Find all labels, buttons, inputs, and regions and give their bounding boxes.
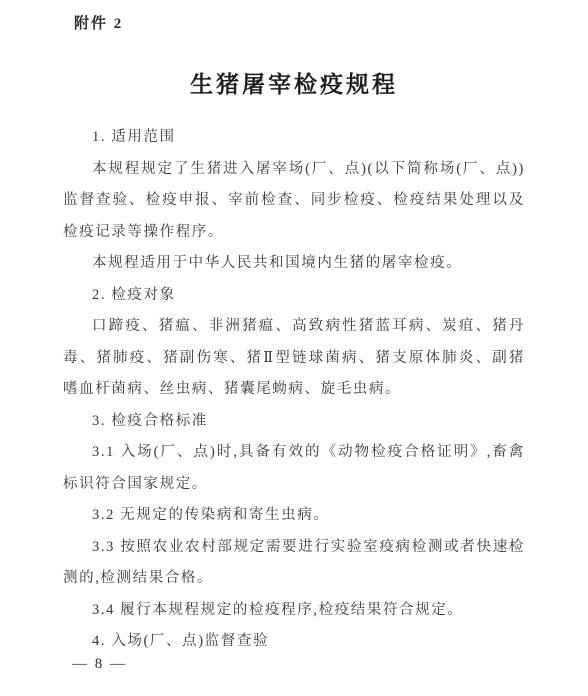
attachment-label: 附件 2: [74, 12, 123, 33]
paragraph-section-1-heading: 1. 适用范围: [63, 122, 525, 154]
paragraph-standard-3-2: 3.2 无规定的传染病和寄生虫病。: [63, 500, 525, 532]
paragraph-scope-procedures: 本规程规定了生猪进入屠宰场(厂、点)(以下简称场(厂、点))监督查验、检疫申报、…: [63, 154, 525, 249]
document-title: 生猪屠宰检疫规程: [0, 66, 588, 99]
document-page: 附件 2 生猪屠宰检疫规程 1. 适用范围 本规程规定了生猪进入屠宰场(厂、点)…: [0, 0, 588, 696]
paragraph-standard-3-1: 3.1 入场(厂、点)时,具备有效的《动物检疫合格证明》,畜禽标识符合国家规定。: [63, 437, 525, 500]
paragraph-quarantine-targets: 口蹄疫、猪瘟、非洲猪瘟、高致病性猪蓝耳病、炭疽、猪丹毒、猪肺疫、猪副伤寒、猪Ⅱ型…: [63, 311, 525, 406]
paragraph-section-2-heading: 2. 检疫对象: [63, 280, 525, 312]
document-body: 1. 适用范围 本规程规定了生猪进入屠宰场(厂、点)(以下简称场(厂、点))监督…: [63, 122, 525, 658]
paragraph-scope-applicability: 本规程适用于中华人民共和国境内生猪的屠宰检疫。: [63, 248, 525, 280]
page-number: — 8 —: [72, 656, 127, 673]
paragraph-standard-3-3: 3.3 按照农业农村部规定需要进行实验室疫病检测或者快速检测的,检测结果合格。: [63, 532, 525, 595]
paragraph-section-3-heading: 3. 检疫合格标准: [63, 406, 525, 438]
paragraph-section-4-heading: 4. 入场(厂、点)监督查验: [63, 626, 525, 658]
paragraph-standard-3-4: 3.4 履行本规程规定的检疫程序,检疫结果符合规定。: [63, 595, 525, 627]
